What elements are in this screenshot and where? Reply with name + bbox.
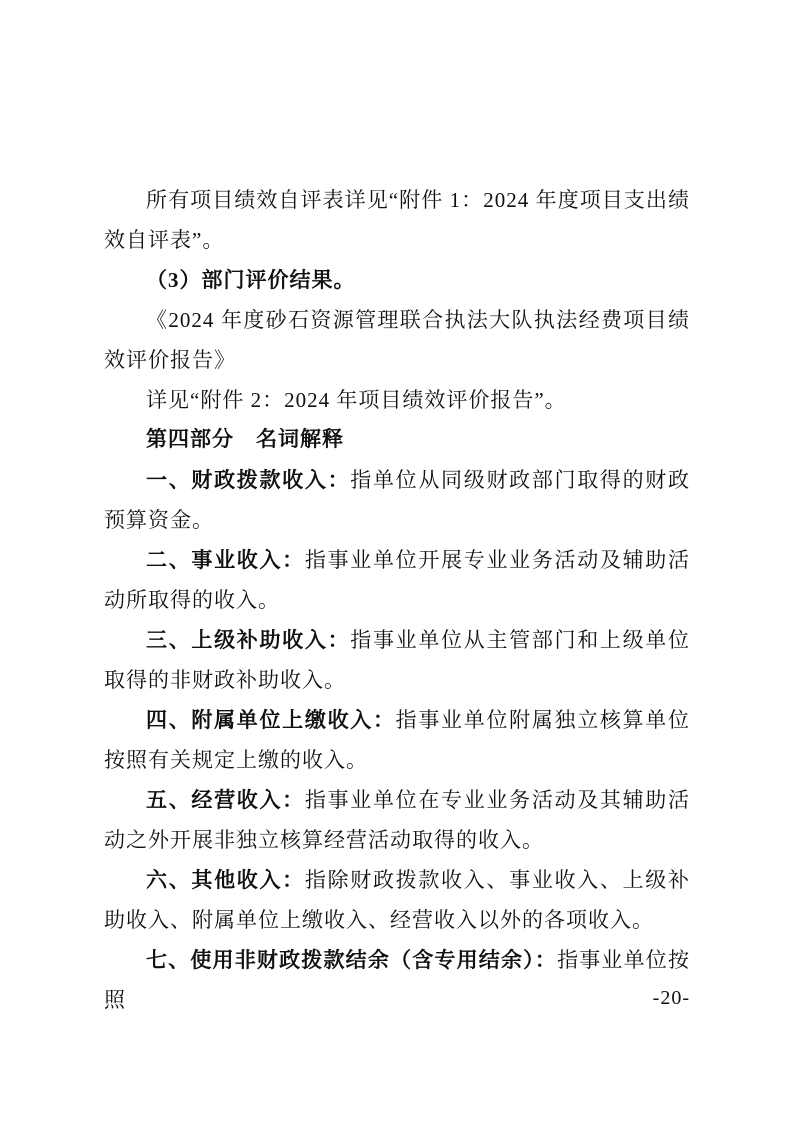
term-label: 六、其他收入：	[146, 868, 305, 892]
term-paragraph: 四、附属单位上缴收入：指事业单位附属独立核算单位按照有关规定上缴的收入。	[104, 700, 690, 780]
paragraph-bold: （3）部门评价结果。	[104, 260, 690, 300]
page-number: -20-	[653, 986, 690, 1010]
term-label: 一、财政拨款收入：	[146, 468, 350, 492]
paragraph: 详见“附件 2：2024 年项目绩效评价报告”。	[104, 380, 690, 420]
term-paragraph: 五、经营收入：指事业单位在专业业务活动及其辅助活动之外开展非独立核算经营活动取得…	[104, 780, 690, 860]
term-paragraph: 六、其他收入：指除财政拨款收入、事业收入、上级补助收入、附属单位上缴收入、经营收…	[104, 860, 690, 940]
term-label: 四、附属单位上缴收入：	[146, 708, 396, 732]
term-paragraph: 二、事业收入：指事业单位开展专业业务活动及辅助活动所取得的收入。	[104, 540, 690, 620]
section-heading: 第四部分 名词解释	[104, 420, 690, 460]
term-label: 七、使用非财政拨款结余（含专用结余）：	[146, 948, 557, 972]
paragraph: 所有项目绩效自评表详见“附件 1：2024 年度项目支出绩效自评表”。	[104, 180, 690, 260]
document-content: 所有项目绩效自评表详见“附件 1：2024 年度项目支出绩效自评表”。 （3）部…	[104, 180, 690, 1020]
document-page: 所有项目绩效自评表详见“附件 1：2024 年度项目支出绩效自评表”。 （3）部…	[0, 0, 793, 1122]
term-label: 三、上级补助收入：	[146, 628, 350, 652]
term-paragraph: 七、使用非财政拨款结余（含专用结余）：指事业单位按照	[104, 940, 690, 1020]
term-paragraph: 三、上级补助收入：指事业单位从主管部门和上级单位取得的非财政补助收入。	[104, 620, 690, 700]
term-label: 五、经营收入：	[146, 788, 305, 812]
term-paragraph: 一、财政拨款收入：指单位从同级财政部门取得的财政预算资金。	[104, 460, 690, 540]
paragraph: 《2024 年度砂石资源管理联合执法大队执法经费项目绩效评价报告》	[104, 300, 690, 380]
term-label: 二、事业收入：	[146, 548, 305, 572]
